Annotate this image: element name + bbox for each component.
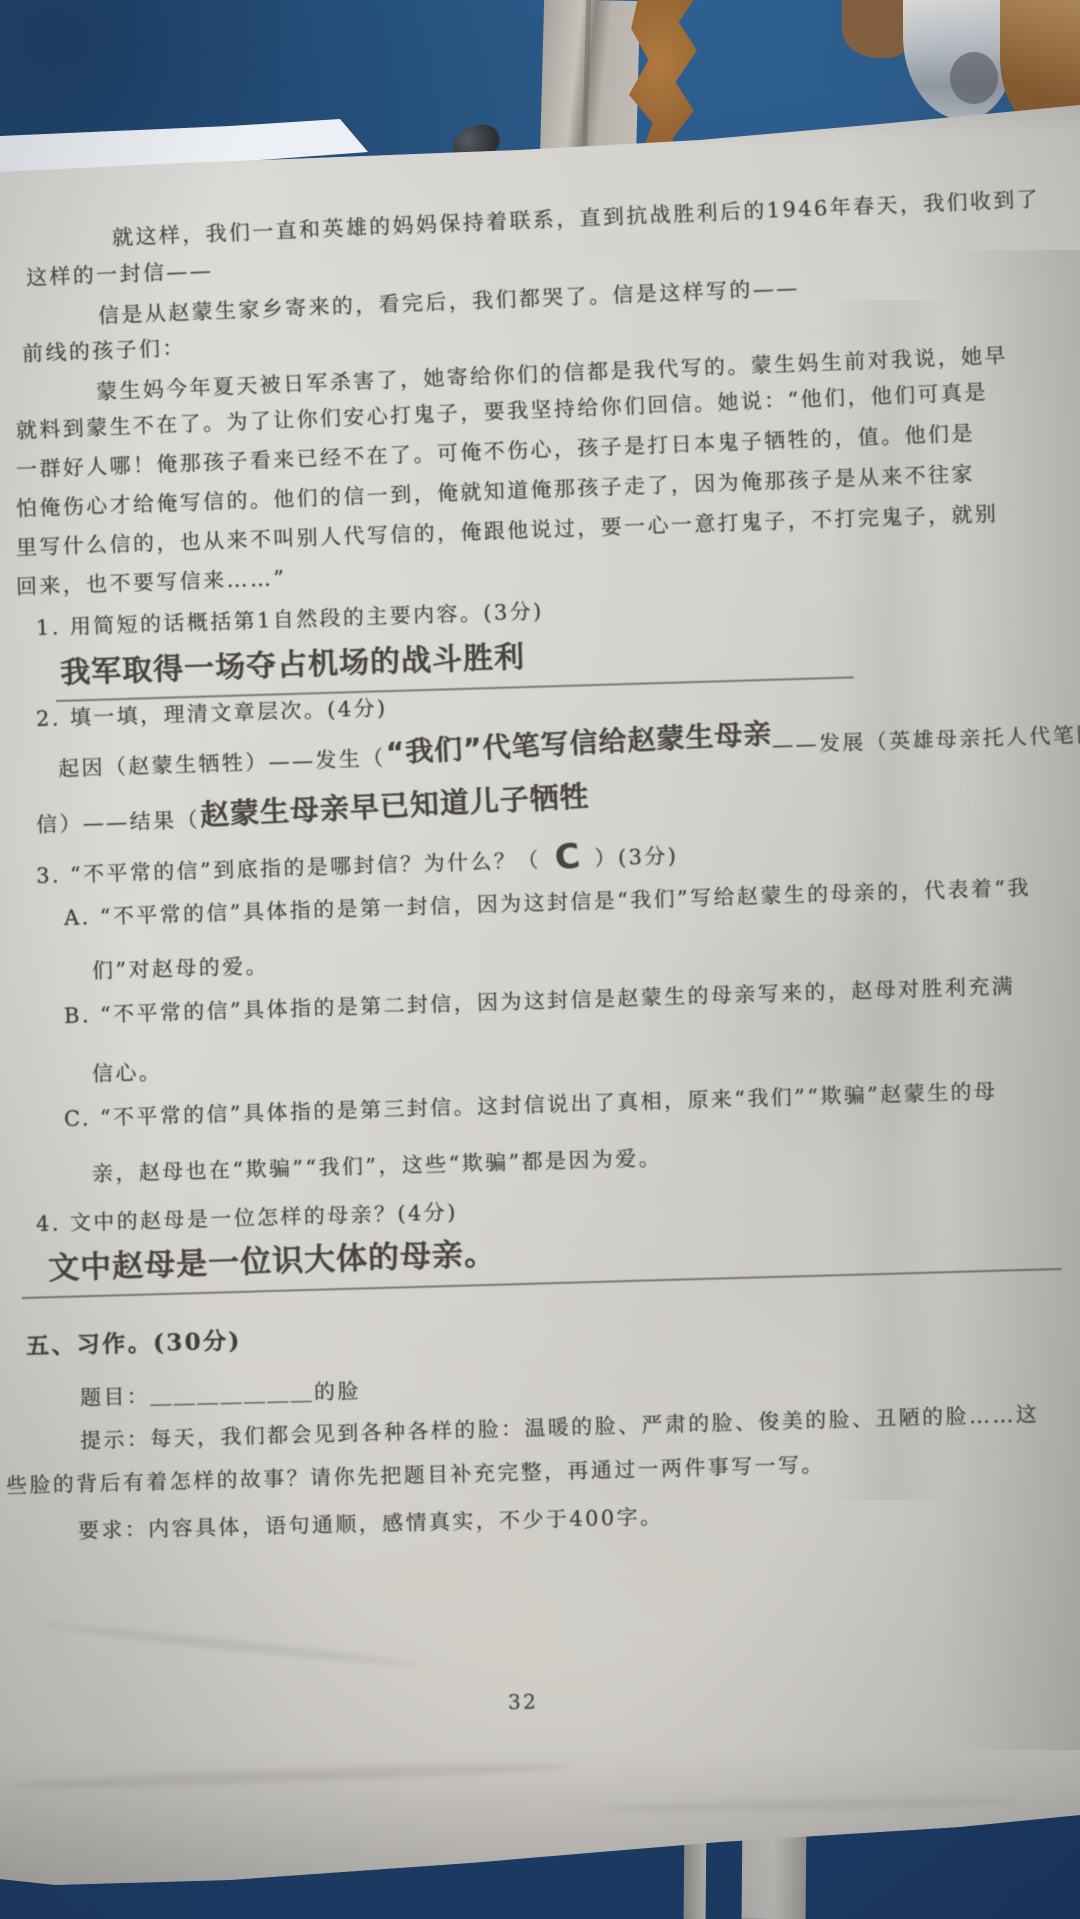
- plastic-wrap-shadow: [950, 52, 998, 104]
- q2-handwritten-1: “我们”代笔写信给赵蒙生母亲: [384, 712, 772, 772]
- handwritten-answer-4: 文中赵母是一位识大体的母亲。: [47, 1228, 496, 1288]
- page-number: 32: [508, 1689, 539, 1714]
- essay-requirement-line: 要求：内容具体，语句通顺，感情真实，不少于400字。: [78, 1501, 664, 1545]
- q3-text: 3. “不平常的信”到底指的是哪封信？为什么？（: [36, 848, 541, 888]
- q2-fill2-start: 信）——结果（: [36, 808, 200, 837]
- question-3: 3. “不平常的信”到底指的是哪封信？为什么？（C）(3分): [35, 832, 678, 892]
- option-c-line2: 亲，赵母也在“欺骗”“我们”，这些“欺骗”都是因为爱。: [92, 1142, 663, 1188]
- passage-line: 前线的孩子们：: [21, 332, 186, 368]
- test-paper: 就这样，我们一直和英雄的妈妈保持着联系，直到抗战胜利后的1946年春天，我们收到…: [0, 0, 1080, 1919]
- option-b-line2: 信心。: [92, 1056, 163, 1088]
- essay-hint-line2: 些脸的背后有着怎样的故事？请你先把题目补充完整，再通过一两件事写一写。: [6, 1449, 826, 1500]
- q3-handwritten-answer: C: [553, 836, 583, 878]
- q3-text-end: ）(3分): [594, 844, 678, 871]
- passage-line: 这样的一封信——: [25, 254, 213, 291]
- ruler-seam: [582, 0, 591, 164]
- option-a-line2: 们”对赵母的爱。: [92, 950, 270, 985]
- essay-title-line: 题目：＿＿＿＿＿＿＿的脸: [80, 1375, 361, 1412]
- photo-of-test-paper: 就这样，我们一直和英雄的妈妈保持着联系，直到抗战胜利后的1946年春天，我们收到…: [0, 0, 1080, 1919]
- ruler-strip: [540, 0, 640, 165]
- q2-fill-start: 起因（赵蒙生牺牲）——发生（: [58, 746, 386, 781]
- q2-fill-line-2: 信）——结果（赵蒙生母亲早已知道儿子牺牲: [35, 783, 590, 841]
- passage-line: 回来，也不要写信来……”: [16, 562, 287, 601]
- passage-line: 就这样，我们一直和英雄的妈妈保持着联系，直到抗战胜利后的1946年春天，我们收到…: [111, 183, 1040, 252]
- q2-fill-end: ——发展（英雄母亲托人代笔回: [772, 722, 1080, 757]
- section-5-heading: 五、习作。(30分): [26, 1322, 243, 1361]
- option-c-line1: C. “不平常的信”具体指的是第三封信。这封信说出了真相，原来“我们”“欺骗”赵…: [64, 1075, 998, 1133]
- handwritten-answer-1: 我军取得一场夺占机场的战斗胜利: [59, 632, 525, 692]
- q2-handwritten-2: 赵蒙生母亲早已知道儿子牺牲: [199, 774, 591, 834]
